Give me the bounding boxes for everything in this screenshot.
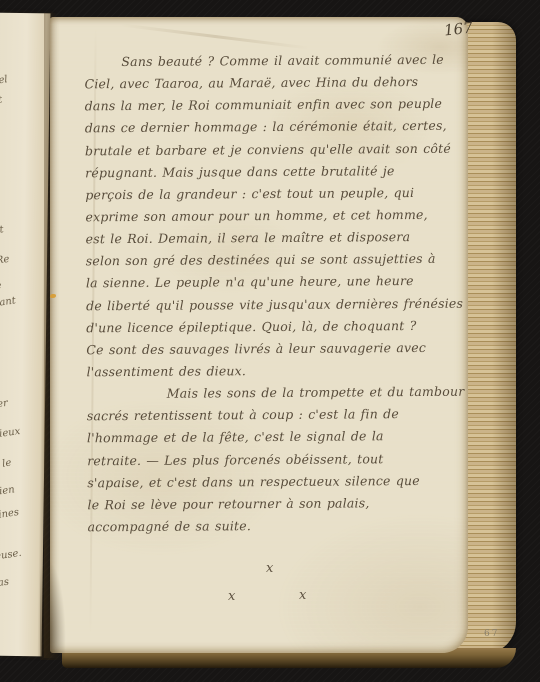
text-line: selon son gré des destinées qui se sont … xyxy=(86,248,462,273)
manuscript-page: 167 Sans beauté ? Comme il avait communi… xyxy=(50,17,468,653)
facing-page-text-fragment: eines xyxy=(0,507,20,522)
text-line: le Roi se lève pour retourner à son pala… xyxy=(87,491,463,516)
text-line: d'une licence épileptique. Quoi, là, de … xyxy=(86,314,462,339)
x-mark-icon: x xyxy=(299,588,306,603)
text-line: Ce sont des sauvages livrés à leur sauva… xyxy=(86,337,462,362)
text-line: exprime son amour pour un homme, et cet … xyxy=(85,204,461,229)
text-line: retraite. — Les plus forcenés obéissent,… xyxy=(87,447,463,472)
pencil-foliation-number: 67 xyxy=(484,629,499,639)
facing-page-text-fragment: tant xyxy=(0,295,17,309)
text-line: l'assentiment des dieux. xyxy=(86,359,462,384)
facing-page-text-fragment: ier xyxy=(0,398,9,411)
facing-page-text-fragment: cieux xyxy=(0,426,21,441)
facing-page-text-fragment: pas xyxy=(0,577,10,590)
handwritten-text-block: Sans beauté ? Comme il avait communié av… xyxy=(84,49,463,539)
facing-page-text-fragment: leuse. xyxy=(0,548,22,563)
page-number: 167 xyxy=(443,19,473,40)
text-line: dans ce dernier hommage : la cérémonie é… xyxy=(85,115,461,140)
paper-crease xyxy=(121,23,310,49)
gutter-bottom-shadow xyxy=(40,560,66,660)
x-mark-icon: x xyxy=(228,589,235,604)
text-line: sacrés retentissent tout à coup : c'est … xyxy=(87,403,463,428)
text-line: Ciel, avec Taaroa, au Maraë, avec Hina d… xyxy=(84,71,460,96)
text-line: perçois de la grandeur : c'est tout un p… xyxy=(85,182,461,207)
facing-page-text-fragment: it xyxy=(0,224,4,236)
facing-page-text-fragment: t xyxy=(0,94,3,105)
facing-page-text-fragment: Re xyxy=(0,254,10,267)
x-mark-icon: x xyxy=(266,561,273,576)
text-line: s'apaise, et c'est dans un respectueux s… xyxy=(87,469,463,494)
text-line: répugnant. Mais jusque dans cette brutal… xyxy=(85,159,461,184)
paper-fleck xyxy=(50,294,56,298)
text-line: Sans beauté ? Comme il avait communié av… xyxy=(84,49,460,74)
facing-page-text-fragment: a le xyxy=(0,458,12,471)
text-line: de liberté qu'il pousse vite jusqu'aux d… xyxy=(86,292,462,317)
text-line: accompagné de sa suite. xyxy=(88,514,464,539)
text-line: la sienne. Le peuple n'a qu'une heure, u… xyxy=(86,270,462,295)
facing-page-text-fragment: el xyxy=(0,74,8,86)
facing-page-text-fragment: bien xyxy=(0,484,15,498)
text-line: Mais les sons de la trompette et du tamb… xyxy=(87,381,463,406)
text-line: dans la mer, le Roi communiait enfin ave… xyxy=(85,93,461,118)
text-line: est le Roi. Demain, il sera le maître et… xyxy=(86,226,462,251)
text-line: l'hommage et de la fête, c'est le signal… xyxy=(87,425,463,450)
facing-page-text-fragment: è xyxy=(0,280,2,292)
text-line: brutale et barbare et je conviens qu'ell… xyxy=(85,137,461,162)
